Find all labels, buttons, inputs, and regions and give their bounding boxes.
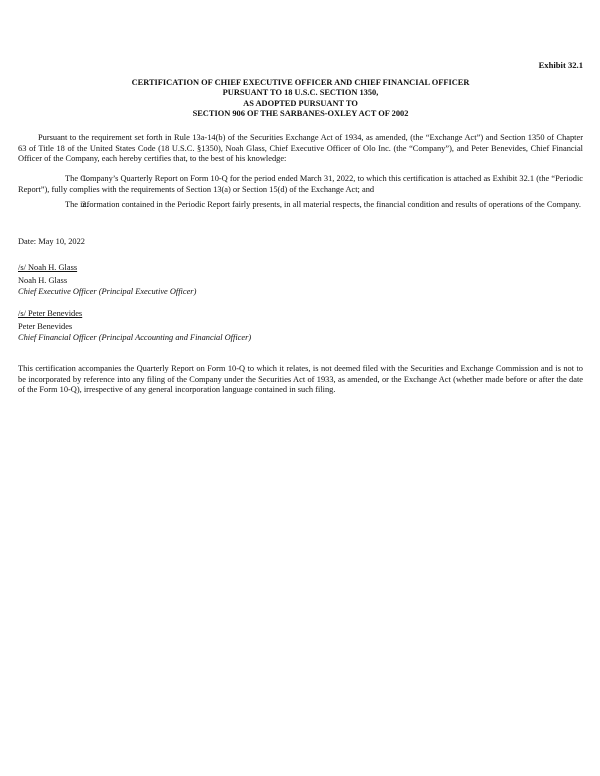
signature: /s/ Noah H. Glass: [18, 263, 196, 274]
item-number: 2.: [50, 200, 63, 211]
title-line: CERTIFICATION OF CHIEF EXECUTIVE OFFICER…: [18, 78, 583, 88]
intro-paragraph: Pursuant to the requirement set forth in…: [18, 133, 583, 165]
certification-item-1: 1. The Company’s Quarterly Report on For…: [18, 174, 583, 195]
footer-paragraph: This certification accompanies the Quart…: [18, 364, 583, 396]
signature-block-ceo: /s/ Noah H. Glass Noah H. Glass Chief Ex…: [18, 263, 196, 297]
certification-title: CERTIFICATION OF CHIEF EXECUTIVE OFFICER…: [18, 78, 583, 119]
date-line: Date: May 10, 2022: [18, 237, 583, 248]
certification-item-2: 2. The information contained in the Peri…: [18, 200, 583, 211]
item-text: The information contained in the Periodi…: [65, 200, 581, 209]
title-line: PURSUANT TO 18 U.S.C. SECTION 1350,: [18, 88, 583, 98]
exhibit-label: Exhibit 32.1: [539, 60, 583, 70]
item-text: The Company’s Quarterly Report on Form 1…: [18, 174, 583, 194]
title-line: SECTION 906 OF THE SARBANES-OXLEY ACT OF…: [18, 109, 583, 119]
item-number: 1.: [50, 174, 63, 185]
title-line: AS ADOPTED PURSUANT TO: [18, 99, 583, 109]
signer-title: Chief Executive Officer (Principal Execu…: [18, 287, 196, 298]
signer-name: Noah H. Glass: [18, 276, 196, 287]
signature: /s/ Peter Benevides: [18, 309, 251, 320]
signature-block-cfo: /s/ Peter Benevides Peter Benevides Chie…: [18, 309, 251, 343]
signer-title: Chief Financial Officer (Principal Accou…: [18, 333, 251, 344]
signer-name: Peter Benevides: [18, 322, 251, 333]
